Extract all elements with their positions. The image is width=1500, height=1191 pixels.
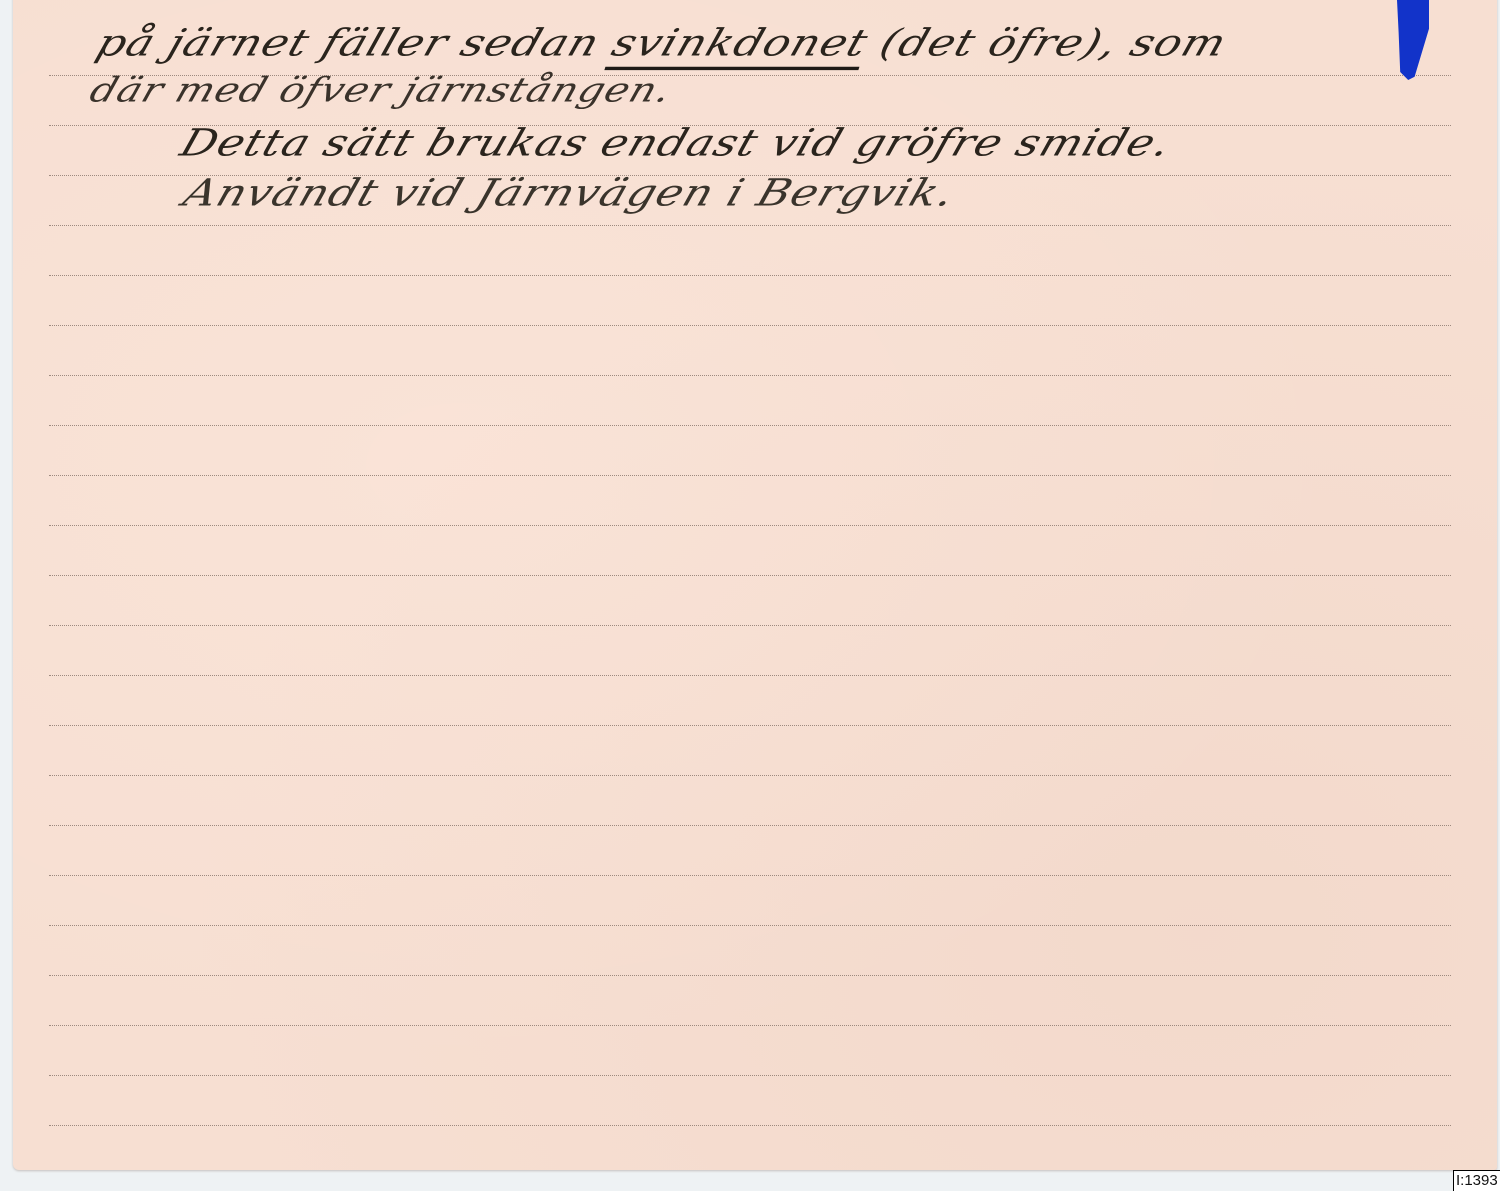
- ruled-line: [49, 725, 1451, 726]
- ruled-line: [49, 1025, 1451, 1026]
- ruled-line: [49, 825, 1451, 826]
- ruled-line: [49, 475, 1451, 476]
- ruled-line: [49, 875, 1451, 876]
- ruled-line: [49, 675, 1451, 676]
- ruled-line: [49, 1125, 1451, 1126]
- ruled-line: [49, 275, 1451, 276]
- handwriting-line-1: på järnet fäller sedan svinkdonet (det ö…: [91, 22, 1233, 65]
- ruled-line: [49, 975, 1451, 976]
- ruled-line: [49, 325, 1451, 326]
- underlined-word: svinkdonet: [605, 22, 874, 70]
- handwriting-text: på järnet fäller sedan: [91, 22, 620, 65]
- ruled-line: [49, 525, 1451, 526]
- ruled-line: [49, 375, 1451, 376]
- handwriting-line-3: Detta sätt brukas endast vid gröfre smid…: [175, 122, 1177, 165]
- ruled-line: [49, 775, 1451, 776]
- ruled-line: [49, 425, 1451, 426]
- handwriting-line-2: där med öfver järnstången.: [85, 71, 677, 110]
- handwriting-text: (det öfre), som: [860, 22, 1233, 65]
- ruled-line: [49, 625, 1451, 626]
- ruled-line: [49, 1075, 1451, 1076]
- document-sheet: på järnet fäller sedan svinkdonet (det ö…: [13, 0, 1497, 1170]
- handwriting-line-4: Användt vid Järnvägen i Bergvik.: [178, 172, 961, 215]
- ruled-line: [49, 225, 1451, 226]
- ruled-line: [49, 925, 1451, 926]
- ruled-line: [49, 575, 1451, 576]
- catalog-number-label: I:1393: [1453, 1170, 1500, 1191]
